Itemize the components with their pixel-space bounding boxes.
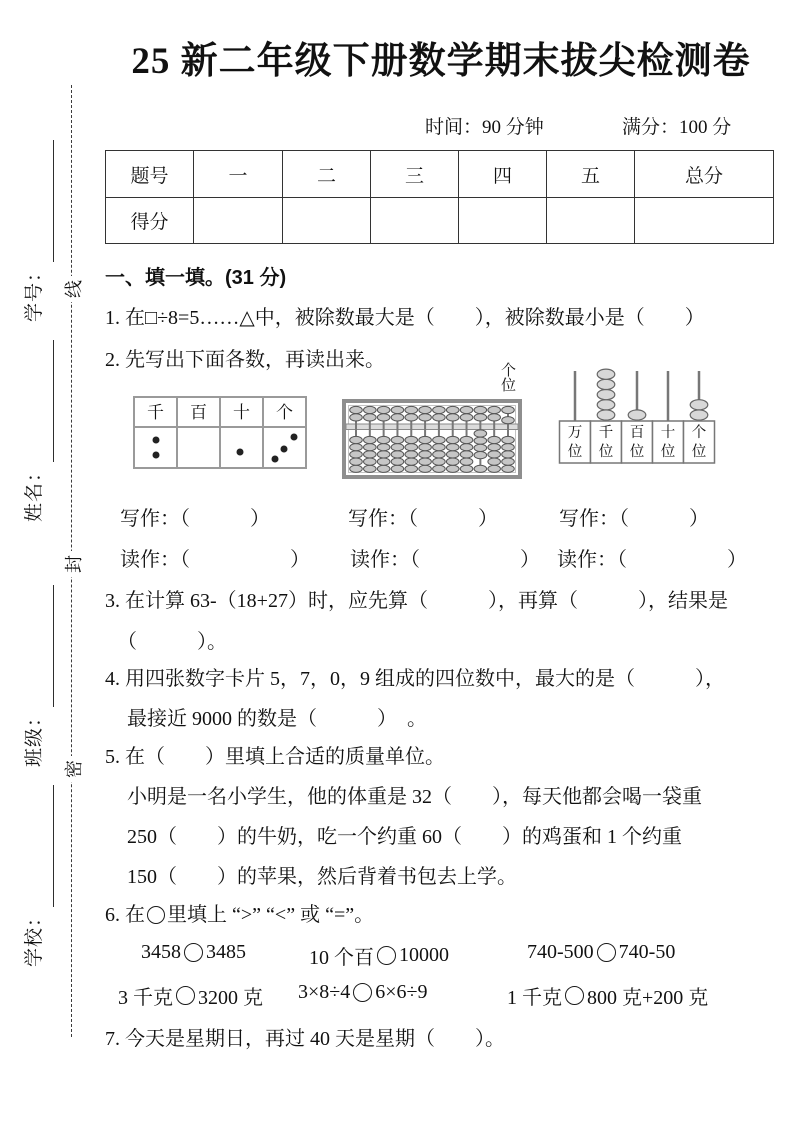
comparison-right: 10000 bbox=[399, 944, 449, 967]
score-cell bbox=[194, 198, 283, 244]
time-limit-label: 时间：90 分钟 bbox=[425, 112, 544, 139]
svg-text:个: 个 bbox=[692, 424, 707, 441]
comparison-right: 3485 bbox=[206, 941, 246, 964]
seal-char-mi: 密 bbox=[60, 756, 86, 782]
class-field-blank bbox=[27, 585, 54, 707]
svg-text:位: 位 bbox=[599, 443, 614, 460]
score-cell bbox=[635, 198, 774, 244]
dot bbox=[280, 446, 287, 453]
question-3-line-2: （ ）。 bbox=[117, 629, 227, 656]
svg-text:万: 万 bbox=[568, 425, 583, 441]
dot bbox=[152, 436, 159, 443]
class-field-label: 班级： bbox=[24, 707, 45, 767]
comparison-circle bbox=[147, 906, 165, 924]
write-blank-1: 写作：（ ） bbox=[120, 502, 270, 531]
score-table: 题号 一 二 三 四 五 总分 得分 bbox=[105, 150, 774, 244]
class-field: 班级： bbox=[16, 585, 54, 767]
comparison-item: 740-500740-50 bbox=[527, 941, 675, 964]
dot-table-cell bbox=[220, 427, 263, 468]
dot-table-figure: 千百十个 bbox=[133, 396, 307, 469]
svg-text:位: 位 bbox=[568, 443, 583, 460]
dot-table-header: 千 bbox=[134, 397, 177, 427]
name-field: 姓名： bbox=[16, 340, 54, 522]
svg-text:位: 位 bbox=[630, 443, 645, 460]
dot-table-cell bbox=[134, 427, 177, 468]
question-1: 1. 在□÷8=5……△中，被除数最大是（ ），被除数最小是（ ） bbox=[105, 305, 705, 332]
school-field-label: 学校： bbox=[24, 907, 45, 967]
svg-text:位: 位 bbox=[692, 443, 707, 460]
comparison-item: 10 个百10000 bbox=[309, 941, 449, 970]
seal-char-feng: 封 bbox=[60, 551, 86, 577]
score-cell bbox=[371, 198, 459, 244]
read-blank-2: 读作：（ ） bbox=[350, 543, 540, 572]
score-table-header-row: 题号 一 二 三 四 五 总分 bbox=[106, 151, 774, 198]
dot bbox=[290, 434, 297, 441]
dot-table-header: 个 bbox=[263, 397, 306, 427]
comparison-left: 3458 bbox=[141, 941, 181, 964]
full-score-label: 满分：100 分 bbox=[622, 112, 731, 139]
svg-text:位: 位 bbox=[661, 443, 676, 460]
dot bbox=[152, 452, 159, 459]
question-6-prefix: 6. 在 bbox=[105, 904, 145, 926]
comparison-item: 3×8÷46×6÷9 bbox=[298, 981, 428, 1004]
place-value-counter-figure: 万位千位百位十位个位 bbox=[557, 365, 717, 465]
question-7: 7. 今天是星期日，再过 40 天是星期（ ）。 bbox=[105, 1026, 505, 1053]
question-5-line-2: 小明是一名小学生，他的体重是 32（ ），每天他都会喝一袋重 bbox=[127, 784, 702, 811]
score-cell bbox=[547, 198, 635, 244]
score-label: 得分 bbox=[106, 198, 194, 244]
comparison-item: 1 千克800 克+200 克 bbox=[507, 981, 708, 1010]
comparison-circle bbox=[353, 983, 372, 1002]
question-5-line-3: 250（ ）的牛奶，吃一个约重 60（ ）的鸡蛋和 1 个约重 bbox=[127, 824, 682, 851]
dot-table-header: 十 bbox=[220, 397, 263, 427]
question-5-line-4: 150（ ）的苹果，然后背着书包去上学。 bbox=[127, 864, 517, 891]
student-info-margin: 学校： 班级： 姓名： 学号： bbox=[16, 0, 56, 1122]
student-id-field-blank bbox=[27, 140, 54, 262]
col-total: 总分 bbox=[635, 151, 774, 198]
exam-paper: 学校： 班级： 姓名： 学号： 密 封 线 25 新二年级下册数学期末拔尖检测卷… bbox=[0, 0, 793, 1122]
comparison-right: 6×6÷9 bbox=[375, 981, 427, 1004]
question-6-suffix: 里填上 “>” “<” 或 “=”。 bbox=[167, 904, 374, 926]
comparison-left: 3×8÷4 bbox=[298, 981, 350, 1004]
seal-line: 密 封 线 bbox=[58, 0, 86, 1122]
comparison-left: 740-500 bbox=[527, 941, 594, 964]
question-2-figures: 千百十个 个位 万位千位百位十位个位 bbox=[105, 362, 777, 484]
svg-text:十: 十 bbox=[661, 424, 676, 441]
read-blank-1: 读作：（ ） bbox=[120, 543, 310, 572]
student-id-field: 学号： bbox=[16, 140, 54, 322]
section-heading: 一、填一填。(31 分) bbox=[105, 261, 286, 290]
name-field-label: 姓名： bbox=[24, 462, 45, 522]
comparison-circle bbox=[597, 943, 616, 962]
comparison-left: 1 千克 bbox=[507, 981, 562, 1010]
school-field-blank bbox=[27, 785, 54, 907]
student-id-field-label: 学号： bbox=[24, 262, 45, 322]
comparison-left: 3 千克 bbox=[118, 981, 173, 1010]
school-field: 学校： bbox=[16, 785, 54, 967]
col-three: 三 bbox=[371, 151, 459, 198]
dot-table-cell bbox=[177, 427, 220, 468]
ones-place-pointer-label: 个位 bbox=[497, 362, 515, 392]
col-two: 二 bbox=[283, 151, 371, 198]
comparison-circle bbox=[176, 986, 195, 1005]
abacus-figure bbox=[342, 399, 522, 479]
dot bbox=[236, 449, 243, 456]
col-one: 一 bbox=[194, 151, 283, 198]
question-3-line-1: 3. 在计算 63-（18+27）时，应先算（ ），再算（ ），结果是 bbox=[105, 588, 728, 615]
comparison-right: 800 克+200 克 bbox=[587, 981, 708, 1010]
comparison-item: 34583485 bbox=[141, 941, 246, 964]
seal-char-xian: 线 bbox=[60, 276, 86, 302]
comparison-circle bbox=[565, 986, 584, 1005]
col-four: 四 bbox=[459, 151, 547, 198]
score-table-score-row: 得分 bbox=[106, 198, 774, 244]
dot bbox=[271, 456, 278, 463]
score-cell bbox=[459, 198, 547, 244]
comparison-right: 740-50 bbox=[619, 941, 676, 964]
write-blank-3: 写作：（ ） bbox=[559, 502, 709, 531]
question-5-line-1: 5. 在（ ）里填上合适的质量单位。 bbox=[105, 744, 445, 771]
col-five: 五 bbox=[547, 151, 635, 198]
comparison-left: 10 个百 bbox=[309, 941, 374, 970]
dot-table-header: 百 bbox=[177, 397, 220, 427]
page-title: 25 新二年级下册数学期末拔尖检测卷 bbox=[105, 30, 777, 84]
svg-text:百: 百 bbox=[630, 424, 645, 441]
comparison-right: 3200 克 bbox=[198, 981, 263, 1010]
question-number-label: 题号 bbox=[106, 151, 194, 198]
comparison-circle bbox=[184, 943, 203, 962]
svg-text:千: 千 bbox=[599, 424, 614, 441]
main-content: 25 新二年级下册数学期末拔尖检测卷 时间：90 分钟 满分：100 分 题号 … bbox=[105, 0, 777, 1122]
write-blank-2: 写作：（ ） bbox=[348, 502, 498, 531]
dot-table-cell bbox=[263, 427, 306, 468]
question-6: 6. 在里填上 “>” “<” 或 “=”。 bbox=[105, 902, 374, 929]
question-4-line-1: 4. 用四张数字卡片 5，7，0，9 组成的四位数中，最大的是（ ）， bbox=[105, 666, 725, 693]
comparison-item: 3 千克3200 克 bbox=[118, 981, 263, 1010]
score-cell bbox=[283, 198, 371, 244]
comparison-circle bbox=[377, 946, 396, 965]
question-4-line-2: 最接近 9000 的数是（ ） 。 bbox=[127, 706, 427, 733]
read-blank-3: 读作：（ ） bbox=[557, 543, 747, 572]
name-field-blank bbox=[27, 340, 54, 462]
